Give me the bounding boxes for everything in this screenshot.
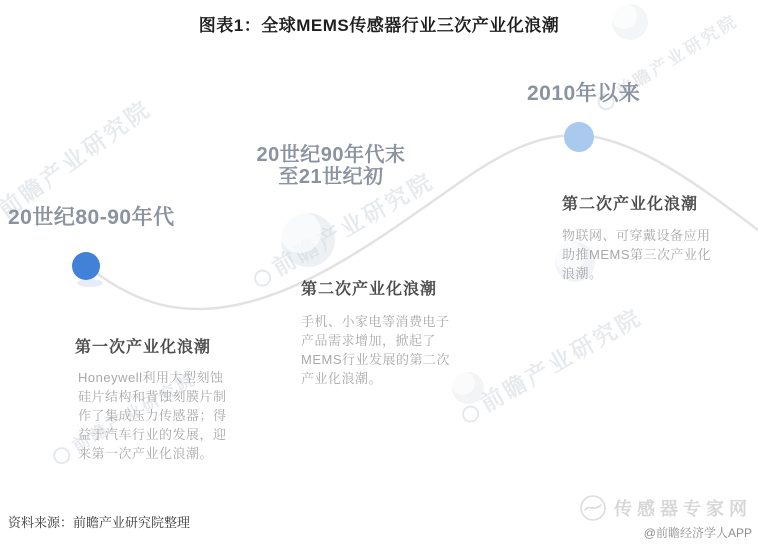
wave3-heading: 第二次产业化浪潮: [562, 191, 698, 214]
wave1-description: Honeywell利用大型刻蚀硅片结构和背蚀刻膜片制作了集成压力传感器；得益于汽…: [78, 368, 234, 463]
wave1-period-label: 20世纪80-90年代: [8, 201, 175, 231]
wave3-description: 物联网、可穿戴设备应用助推MEMS第三次产业化浪潮。: [562, 226, 722, 283]
wave1-dot-shadow: [77, 279, 103, 287]
figure-canvas: 前瞻产业研究院 前瞻产业研究院 前瞻产业研究院 前瞻产业研究院 前瞻产业研究院: [0, 0, 758, 545]
brand-logo-icon: [579, 494, 607, 522]
wave2-period-label: 20世纪90年代末 至21世纪初: [233, 144, 429, 188]
wave3-milestone-dot: [564, 122, 594, 152]
brand-watermark: 传感器专家网 @前瞻经济学人APP: [579, 494, 752, 541]
data-source-note: 资料来源：前瞻产业研究院整理: [8, 512, 190, 531]
wave1-heading: 第一次产业化浪潮: [75, 334, 211, 357]
wave1-milestone-dot: [72, 252, 100, 280]
wave3-period-label: 2010年以来: [527, 77, 640, 107]
brand-name: 传感器专家网: [614, 495, 752, 521]
chart-title: 图表1：全球MEMS传感器行业三次产业化浪潮: [0, 11, 758, 36]
brand-handle: @前瞻经济学人APP: [579, 524, 752, 541]
wave2-heading: 第二次产业化浪潮: [301, 276, 437, 299]
wave2-description: 手机、小家电等消费电子产品需求增加，掀起了MEMS行业发展的第二次产业化浪潮。: [301, 312, 455, 388]
